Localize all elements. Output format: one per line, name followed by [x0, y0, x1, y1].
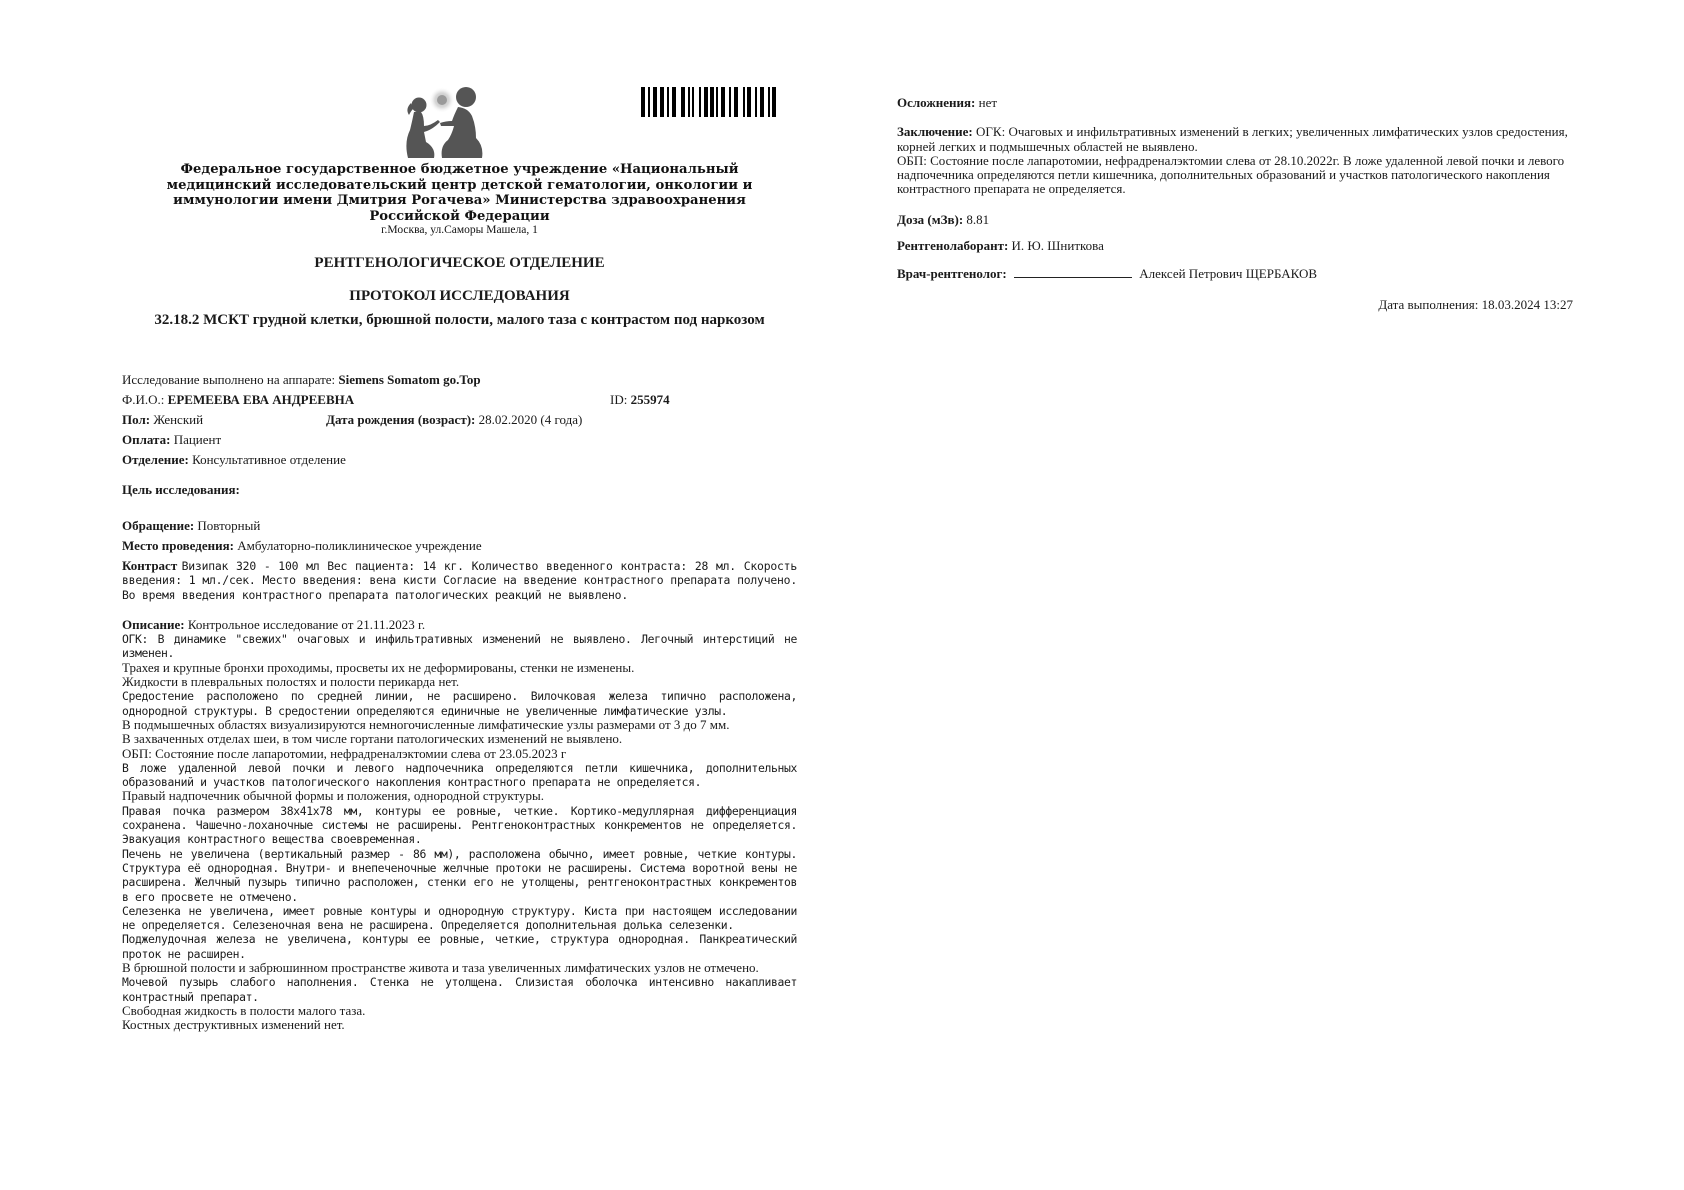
description-paragraph: В ложе удаленной левой почки и левого на…: [122, 761, 797, 790]
conclusion-ogk: ОГК: Очаговых и инфильтративных изменени…: [897, 124, 1568, 153]
description-paragraph: Поджелудочная железа не увеличена, конту…: [122, 932, 797, 961]
children-sun-logo-icon: [400, 83, 500, 163]
description-paragraph: Средостение расположено по средней линии…: [122, 689, 797, 718]
dob-value: 28.02.2020 (4 года): [479, 412, 583, 427]
completion-date-label: Дата выполнения:: [1378, 297, 1478, 312]
department-title: РЕНТГЕНОЛОГИЧЕСКОЕ ОТДЕЛЕНИЕ: [122, 255, 797, 272]
description-label: Описание:: [122, 617, 185, 632]
doctor-row: Врач-рентгенолог: Алексей Петрович ЩЕРБА…: [897, 265, 1573, 281]
description-paragraph: Правый надпочечник обычной формы и полож…: [122, 789, 797, 803]
organization-address: г.Москва, ул.Саморы Машела, 1: [122, 224, 797, 237]
goal-row: Цель исследования:: [122, 480, 797, 500]
dob-field: Дата рождения (возраст): 28.02.2020 (4 г…: [326, 410, 582, 430]
name-value: ЕРЕМЕЕВА ЕВА АНДРЕЕВНА: [168, 392, 354, 407]
place-row: Место проведения: Амбулаторно-поликлинич…: [122, 536, 797, 556]
contrast-block: Контраст Визипак 320 - 100 мл Вес пациен…: [122, 559, 797, 602]
description-paragraph: Жидкости в плевральных полостях и полост…: [122, 675, 797, 689]
patient-fields: Исследование выполнено на аппарате: Siem…: [122, 370, 797, 1033]
description-paragraph: Правая почка размером 38х41х78 мм, конту…: [122, 804, 797, 847]
sex-label: Пол:: [122, 412, 150, 427]
organization-line: иммунологии имени Дмитрия Рогачева» Мини…: [122, 193, 797, 209]
visit-label: Обращение:: [122, 518, 194, 533]
organization-line: медицинский исследовательский центр детс…: [122, 178, 797, 194]
complications-value: нет: [979, 95, 997, 110]
description-paragraph: В подмышечных областях визуализируются н…: [122, 718, 797, 732]
payment-value: Пациент: [174, 432, 221, 447]
signature-line: [1014, 265, 1132, 278]
name-row: Ф.И.О.: ЕРЕМЕЕВА ЕВА АНДРЕЕВНА ID: 25597…: [122, 390, 797, 410]
place-label: Место проведения:: [122, 538, 234, 553]
goal-label: Цель исследования:: [122, 482, 240, 497]
payment-label: Оплата:: [122, 432, 170, 447]
protocol-page: Федеральное государственное бюджетное уч…: [0, 0, 1684, 1190]
organization-header: Федеральное государственное бюджетное уч…: [122, 162, 797, 237]
description-paragraphs: ОГК: В динамике "свежих" очаговых и инфи…: [122, 632, 797, 1032]
description-block: Описание: Контрольное исследование от 21…: [122, 618, 797, 1033]
description-paragraph: ОГК: В динамике "свежих" очаговых и инфи…: [122, 632, 797, 661]
description-paragraph: Костных деструктивных изменений нет.: [122, 1018, 797, 1032]
id-label: ID:: [610, 392, 627, 407]
doctor-value: Алексей Петрович ЩЕРБАКОВ: [1139, 266, 1317, 281]
dose-row: Доза (мЗв): 8.81: [897, 213, 1573, 227]
contrast-label: Контраст: [122, 558, 177, 573]
complications-label: Осложнения:: [897, 95, 975, 110]
dose-label: Доза (мЗв):: [897, 212, 963, 227]
description-intro: Контрольное исследование от 21.11.2023 г…: [188, 617, 425, 632]
visit-value: Повторный: [197, 518, 260, 533]
complications-row: Осложнения: нет: [897, 96, 1573, 110]
description-paragraph: В захваченных отделах шеи, в том числе г…: [122, 732, 797, 746]
description-paragraph: В брюшной полости и забрюшинном простран…: [122, 961, 797, 975]
right-column: Осложнения: нет Заключение: ОГК: Очаговы…: [897, 96, 1573, 312]
sex-value: Женский: [153, 412, 203, 427]
description-paragraph: Свободная жидкость в полости малого таза…: [122, 1004, 797, 1018]
conclusion-block: Заключение: ОГК: Очаговых и инфильтратив…: [897, 125, 1573, 196]
description-paragraph: Мочевой пузырь слабого наполнения. Стенк…: [122, 975, 797, 1004]
completion-date-row: Дата выполнения: 18.03.2024 13:27: [897, 298, 1573, 312]
payment-row: Оплата: Пациент: [122, 430, 797, 450]
name-label: Ф.И.О.:: [122, 392, 164, 407]
technician-row: Рентгенолаборант: И. Ю. Шниткова: [897, 239, 1573, 253]
organization-line: Российской Федерации: [122, 209, 797, 225]
dose-value: 8.81: [966, 212, 989, 227]
description-paragraph: Печень не увеличена (вертикальный размер…: [122, 847, 797, 904]
technician-label: Рентгенолаборант:: [897, 238, 1008, 253]
id-value: 255974: [631, 392, 670, 407]
study-title: 32.18.2 МСКТ грудной клетки, брюшной пол…: [122, 312, 797, 329]
technician-value: И. Ю. Шниткова: [1012, 238, 1104, 253]
completion-date-value: 18.03.2024 13:27: [1482, 297, 1573, 312]
visit-row: Обращение: Повторный: [122, 516, 797, 536]
department-label: Отделение:: [122, 452, 189, 467]
contrast-value: Визипак 320 - 100 мл Вес пациента: 14 кг…: [122, 559, 797, 602]
doctor-label: Врач-рентгенолог:: [897, 266, 1007, 281]
description-paragraph: ОБП: Состояние после лапаротомии, нефрад…: [122, 747, 797, 761]
device-row: Исследование выполнено на аппарате: Siem…: [122, 370, 797, 390]
device-value: Siemens Somatom go.Top: [338, 372, 480, 387]
organization-line: Федеральное государственное бюджетное уч…: [122, 162, 797, 178]
place-value: Амбулаторно-поликлиническое учреждение: [237, 538, 481, 553]
conclusion-obp: ОБП: Состояние после лапаротомии, нефрад…: [897, 153, 1564, 197]
description-paragraph: Селезенка не увеличена, имеет ровные кон…: [122, 904, 797, 933]
dob-label: Дата рождения (возраст):: [326, 412, 475, 427]
device-label: Исследование выполнено на аппарате:: [122, 372, 335, 387]
barcode-icon: [641, 87, 781, 117]
sex-dob-row: Пол: Женский Дата рождения (возраст): 28…: [122, 410, 797, 430]
id-field: ID: 255974: [610, 390, 670, 410]
department-value: Консультативное отделение: [192, 452, 346, 467]
conclusion-label: Заключение:: [897, 124, 973, 139]
description-paragraph: Трахея и крупные бронхи проходимы, просв…: [122, 661, 797, 675]
protocol-title: ПРОТОКОЛ ИССЛЕДОВАНИЯ: [122, 288, 797, 305]
department-row: Отделение: Консультативное отделение: [122, 450, 797, 470]
